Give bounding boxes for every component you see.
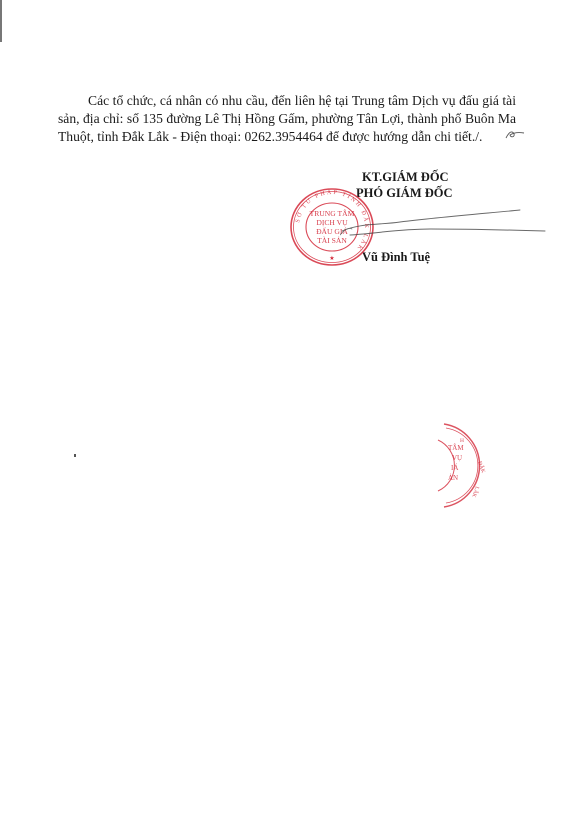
body-paragraph: Các tổ chức, cá nhân có nhu cầu, đến liê… <box>58 92 516 146</box>
partial-seal-stamp-icon: TÂM VỤ IÁ ẢN H ĐẮK LẮK <box>430 418 500 513</box>
svg-text:H: H <box>460 438 464 444</box>
svg-text:★: ★ <box>329 255 334 262</box>
svg-text:ẢN: ẢN <box>448 474 458 482</box>
handwritten-signature-icon <box>340 205 550 245</box>
svg-text:VỤ: VỤ <box>452 454 462 462</box>
svg-text:ĐẮK: ĐẮK <box>476 460 488 474</box>
svg-text:IÁ: IÁ <box>451 464 458 472</box>
contact-info-text: Các tổ chức, cá nhân có nhu cầu, đến liê… <box>58 92 516 146</box>
initial-paraph-icon <box>504 128 526 140</box>
scan-edge-line <box>0 0 2 42</box>
svg-text:LẮK: LẮK <box>470 485 481 498</box>
svg-text:TÂM: TÂM <box>448 444 464 452</box>
signature-title-line1: KT.GIÁM ĐỐC <box>362 170 449 185</box>
scan-speck <box>74 454 76 457</box>
